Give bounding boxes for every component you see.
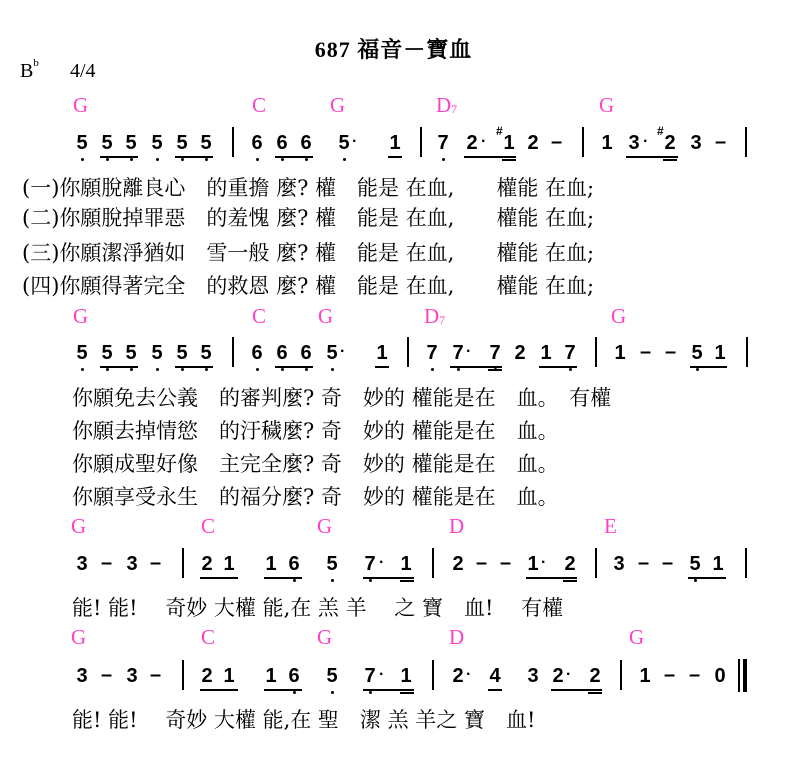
beam [502, 159, 516, 161]
beam [488, 369, 502, 371]
key-signature: Bb [20, 60, 39, 83]
barline [595, 548, 597, 578]
chord: G [330, 93, 345, 118]
chord: D7 [436, 93, 457, 118]
barline [595, 337, 597, 367]
chord: G [71, 514, 86, 539]
note: 6 [299, 341, 313, 365]
beam [275, 366, 313, 368]
beam [688, 577, 726, 579]
note: 5 [175, 341, 189, 365]
note: 7 [563, 341, 577, 365]
note: 3 [689, 131, 703, 155]
note: 3 [75, 552, 89, 576]
note: 5 [150, 131, 164, 155]
note: 1 [222, 552, 236, 576]
note: 5 [199, 131, 213, 155]
note: 7 [436, 131, 450, 155]
note: 6 [287, 552, 301, 576]
chord: G [73, 304, 88, 329]
note: 2 [451, 664, 465, 688]
barline [620, 660, 622, 690]
beam [100, 156, 138, 158]
chord: G [317, 625, 332, 650]
note: 1 [399, 664, 413, 688]
beam [200, 689, 238, 691]
note: 2 [200, 552, 214, 576]
dash: – [150, 664, 161, 687]
final-barline-thick [743, 659, 747, 692]
barline [745, 127, 747, 157]
augmentation-dot: · [643, 133, 648, 151]
note: 2 [465, 131, 479, 155]
note: 1 [222, 664, 236, 688]
beam [363, 689, 414, 691]
note: 5 [337, 131, 351, 155]
note: 5 [175, 131, 189, 155]
beam [200, 577, 238, 579]
dash: – [640, 341, 651, 364]
lyric-line-verse-2: (二)你願脫掉罪惡 的羞愧 麼? 權 能是 在血, 權能 在血; [22, 202, 594, 232]
chord: E [604, 514, 617, 539]
dash: – [500, 552, 511, 575]
beam [264, 577, 302, 579]
note: 1 [502, 131, 516, 155]
beam [626, 156, 678, 158]
note: 5 [100, 341, 114, 365]
lyric-line-chorus: 能! 能! 奇妙 大權 能,在 羔 羊 之 寶 血! 有權 [72, 592, 563, 622]
dash: – [551, 131, 562, 154]
beam [175, 366, 213, 368]
dash: – [150, 552, 161, 575]
note: 3 [125, 552, 139, 576]
barline [232, 337, 234, 367]
note: 6 [287, 664, 301, 688]
note: 1 [264, 664, 278, 688]
note: 0 [713, 664, 727, 688]
note: 5 [690, 341, 704, 365]
barline [432, 548, 434, 578]
note: 5 [325, 664, 339, 688]
note: 2 [663, 131, 677, 155]
augmentation-dot: · [379, 666, 384, 684]
barline [745, 548, 747, 578]
note: 4 [488, 664, 502, 688]
chord: G [71, 625, 86, 650]
chord: D [449, 625, 464, 650]
note: 1 [713, 341, 727, 365]
beam [551, 689, 602, 691]
note: 1 [638, 664, 652, 688]
note: 7 [425, 341, 439, 365]
dash: – [665, 341, 676, 364]
beam [526, 577, 577, 579]
augmentation-dot: · [340, 343, 345, 361]
beam [563, 580, 577, 582]
barline [407, 337, 409, 367]
beam [450, 366, 502, 368]
beam [400, 580, 414, 582]
note: 5 [124, 131, 138, 155]
dash: – [101, 664, 112, 687]
augmentation-dot: · [379, 554, 384, 572]
hymn-title: 687 福音－寶血 [0, 33, 787, 64]
barline [432, 660, 434, 690]
beam [464, 156, 516, 158]
note: 2 [551, 664, 565, 688]
beam [488, 689, 502, 691]
note: 1 [711, 552, 725, 576]
note: 5 [688, 552, 702, 576]
note: 5 [325, 341, 339, 365]
lyric-line-verse-1: 你願免去公義 的審判麼? 奇 妙的 權能是在 血。 有權 [72, 382, 611, 412]
barline [420, 127, 422, 157]
beam [663, 159, 677, 161]
chord: G [599, 93, 614, 118]
note: 1 [600, 131, 614, 155]
barline [182, 660, 184, 690]
beam [400, 692, 414, 694]
dash: – [662, 552, 673, 575]
lyric-line-verse-2: 你願去掉情慾 的汙穢麼? 奇 妙的 權能是在 血。 [72, 415, 559, 445]
dash: – [689, 664, 700, 687]
barline [182, 548, 184, 578]
note: 1 [264, 552, 278, 576]
time-signature: 4/4 [70, 60, 96, 83]
barline [232, 127, 234, 157]
note: 1 [375, 341, 389, 365]
chord: C [201, 625, 215, 650]
beam [588, 692, 602, 694]
note: 7 [488, 341, 502, 365]
augmentation-dot: · [466, 666, 471, 684]
beam [375, 366, 389, 368]
note: 2 [526, 131, 540, 155]
dash: – [664, 664, 675, 687]
note: 2 [563, 552, 577, 576]
augmentation-dot: · [466, 343, 471, 361]
chord: G [73, 93, 88, 118]
augmentation-dot: · [481, 133, 486, 151]
barline [582, 127, 584, 157]
note: 1 [526, 552, 540, 576]
lyric-line-verse-1: (一)你願脫離良心 的重擔 麼? 權 能是 在血, 權能 在血; [22, 172, 594, 202]
note: 6 [250, 341, 264, 365]
note: 1 [613, 341, 627, 365]
chord: D [449, 514, 464, 539]
chord: G [611, 304, 626, 329]
dash: – [715, 131, 726, 154]
note: 7 [451, 341, 465, 365]
note: 7 [363, 664, 377, 688]
chord: C [201, 514, 215, 539]
lyric-line-verse-4: (四)你願得著完全 的救恩 麼? 權 能是 在血, 權能 在血; [22, 270, 594, 300]
beam [275, 156, 313, 158]
beam [690, 366, 727, 368]
note: 6 [299, 131, 313, 155]
beam [539, 366, 577, 368]
note: 7 [363, 552, 377, 576]
note: 3 [125, 664, 139, 688]
chord: C [252, 304, 266, 329]
note: 3 [526, 664, 540, 688]
lyric-line-verse-4: 你願享受永生 的福分麼? 奇 妙的 權能是在 血。 [72, 481, 559, 511]
note: 3 [75, 664, 89, 688]
lyric-line-verse-3: (三)你願潔淨猶如 雪一般 麼? 權 能是 在血, 權能 在血; [22, 237, 594, 267]
note: 5 [325, 552, 339, 576]
note: 1 [539, 341, 553, 365]
beam [175, 156, 213, 158]
note: 5 [150, 341, 164, 365]
dash: – [638, 552, 649, 575]
note: 6 [275, 341, 289, 365]
chord: G [318, 304, 333, 329]
lyric-line-verse-3: 你願成聖好像 主完全麼? 奇 妙的 權能是在 血。 [72, 448, 559, 478]
chord: G [317, 514, 332, 539]
note: 5 [100, 131, 114, 155]
note: 3 [612, 552, 626, 576]
augmentation-dot: · [566, 666, 571, 684]
note: 2 [588, 664, 602, 688]
note: 2 [451, 552, 465, 576]
note: 5 [124, 341, 138, 365]
note: 5 [75, 341, 89, 365]
augmentation-dot: · [352, 133, 357, 151]
dash: – [476, 552, 487, 575]
note: 6 [275, 131, 289, 155]
chord: G [629, 625, 644, 650]
note: 5 [199, 341, 213, 365]
beam [100, 366, 138, 368]
augmentation-dot: · [541, 554, 546, 572]
beam [363, 577, 414, 579]
note: 1 [399, 552, 413, 576]
note: 3 [627, 131, 641, 155]
beam [264, 689, 302, 691]
barline [746, 337, 748, 367]
note: 6 [250, 131, 264, 155]
key-note: B [20, 60, 33, 82]
chord: C [252, 93, 266, 118]
dash: – [101, 552, 112, 575]
chord: D7 [424, 304, 445, 329]
key-accidental: b [33, 57, 39, 69]
note: 2 [200, 664, 214, 688]
lyric-line-chorus-end: 能! 能! 奇妙 大權 能,在 聖 潔 羔 羊之 寶 血! [72, 704, 535, 734]
note: 1 [388, 131, 402, 155]
final-barline-thin [738, 659, 740, 692]
beam [388, 156, 402, 158]
note: 5 [75, 131, 89, 155]
note: 2 [513, 341, 527, 365]
